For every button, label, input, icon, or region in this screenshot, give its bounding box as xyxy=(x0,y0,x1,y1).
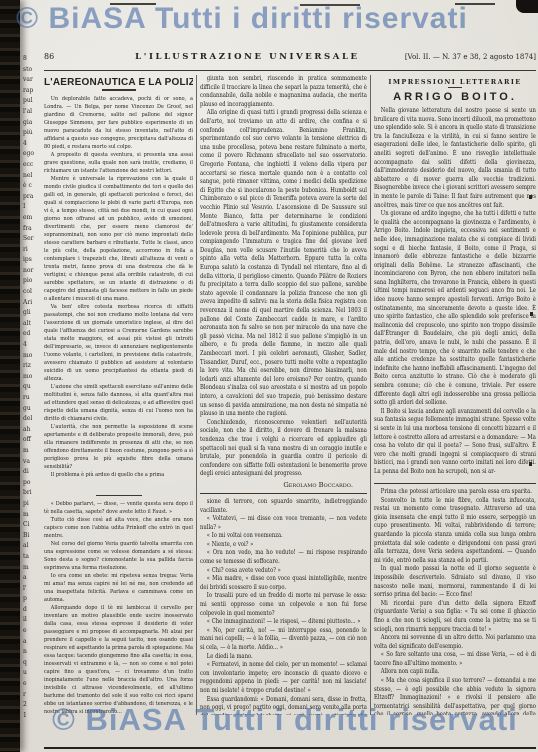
text-fragment: ru xyxy=(23,393,41,404)
feuilleton-paragraph: « Niente, e voi? » xyxy=(200,541,367,550)
text-fragment: più xyxy=(23,128,41,139)
feuilleton-paragraph: Essa guardandomi: « Domani, domani sera,… xyxy=(200,696,367,715)
text-fragment: ta xyxy=(23,552,41,563)
text-fragment: Ari xyxy=(23,298,41,309)
feuilleton-paragraph: In qual modo passai la notte ed il giorn… xyxy=(374,565,536,599)
article-aereonautica-col1: Un deplorabile fatto accadeva, pochi dì … xyxy=(44,95,193,491)
text-fragment: l' xyxy=(23,584,41,595)
article-paragraph: Un deplorabile fatto accadeva, pochi dì … xyxy=(44,95,193,151)
text-fragment: e xyxy=(23,626,41,637)
adjacent-page-text-fragments: 8stovarrappull'algiapiù4egoeccnelè cpraI… xyxy=(23,54,41,746)
text-fragment: gu xyxy=(23,404,41,415)
text-fragment: col xyxy=(23,287,41,298)
page-content: 86 L'ILLUSTRAZIONE UNIVERSALE [Vol. II. … xyxy=(44,52,536,715)
feuilleton-paragraph: « Io mi voltai con veemenza. xyxy=(200,532,367,541)
page-header: 86 L'ILLUSTRAZIONE UNIVERSALE [Vol. II. … xyxy=(44,52,536,67)
page-number: 86 xyxy=(44,52,90,61)
text-fragment: a xyxy=(23,573,41,584)
feuilleton-paragraph: Io trasalii pure ed un freddo di morte m… xyxy=(200,592,367,618)
text-fragment: bri xyxy=(23,488,41,499)
text-fragment: po xyxy=(23,478,41,489)
text-fragment: sto xyxy=(23,65,41,76)
text-fragment: qu xyxy=(23,382,41,393)
text-fragment: mo xyxy=(23,351,41,362)
column-3: IMPRESSIONI LETTERARIE ARRIGO BOITO. Nel… xyxy=(374,75,536,715)
text-fragment: 4 xyxy=(23,340,41,351)
article-paragraph: A proposito di questa sventura, si prese… xyxy=(44,151,193,175)
text-fragment: ri xyxy=(23,245,41,256)
text-fragment: 2 xyxy=(23,700,41,711)
text-fragment: 4 xyxy=(23,139,41,150)
article-paragraph: Alla origine di quasi tutti i grandi pro… xyxy=(200,109,367,418)
article-paragraph: Nella giovane letteratura del nostro pae… xyxy=(374,107,536,210)
article-paragraph: Mentre è universale la riprovazione con … xyxy=(44,175,193,303)
text-fragment: è c xyxy=(23,181,41,192)
scan-artifact-mark xyxy=(110,3,156,5)
text-fragment: r xyxy=(23,690,41,701)
article-paragraph: Conchiudendo, riconosceremo volentieri n… xyxy=(200,419,367,479)
journal-title: L'ILLUSTRAZIONE UNIVERSALE xyxy=(90,52,405,62)
text-fragment: pul xyxy=(23,96,41,107)
feuilleton-paragraph: Allora non capii nulla. xyxy=(374,668,536,677)
watermark-top-text: © BiASA Tutti i diritti riservati xyxy=(16,2,468,35)
feuilleton-paragraph: Prima che potessi articolare una parola … xyxy=(374,488,536,497)
article-paragraph: Va ben' oltre cotesta morbosa ricerca di… xyxy=(44,303,193,383)
article-boito-body: Nella giovane letteratura del nostro pae… xyxy=(374,107,536,479)
text-fragment: pi xyxy=(23,499,41,510)
text-fragment: em xyxy=(23,213,41,224)
text-fragment: alt xyxy=(23,319,41,330)
feuilleton-paragraph: « Ma che cosa significa il suo terrore? … xyxy=(374,677,536,715)
column-2: giunta non sembri, riuscendo in pratica … xyxy=(200,75,367,715)
text-fragment: d xyxy=(23,605,41,616)
article-paragraph: Il Boito si lascia andare agli avanzamen… xyxy=(374,408,536,477)
text-fragment: l'al xyxy=(23,107,41,118)
feuilleton-paragraph: « Ora non vedo, ma ho veduto! — mi rispo… xyxy=(200,549,367,566)
article-signature: Gerolamo Boccardo. xyxy=(200,481,367,489)
column-separator xyxy=(370,75,371,715)
text-fragment: 1 xyxy=(23,711,41,722)
feuilleton-col1: « Debbo parlarvi, — disse, — venite ques… xyxy=(44,500,193,715)
article-paragraph: giunta non sembri, riuscendo in pratica … xyxy=(200,75,367,109)
text-fragment: ego xyxy=(23,149,41,160)
text-fragment: p xyxy=(23,594,41,605)
book-gutter-shadow xyxy=(0,0,20,752)
text-fragment: gli xyxy=(23,308,41,319)
scan-speck xyxy=(529,195,532,199)
text-fragment: ah xyxy=(23,425,41,436)
text-fragment: riz xyxy=(23,361,41,372)
text-fragment: q xyxy=(23,658,41,669)
text-fragment: nor xyxy=(23,266,41,277)
feuilleton-paragraph: « So fare soltanto una cosa, — mi disse … xyxy=(374,651,536,668)
article-paragraph: Il problema è più arduo di quello che a … xyxy=(44,471,193,479)
text-fragment: n xyxy=(23,647,41,658)
feuilleton-paragraph: « No, per carità, no! — mi interruppe es… xyxy=(200,627,367,653)
feuilleton-paragraph: « Fermatevi, in nome del cielo, per un m… xyxy=(200,661,367,695)
text-fragment: Bi xyxy=(23,531,41,542)
feuilleton-paragraph: Le diedi la mano. xyxy=(200,653,367,662)
scan-speck xyxy=(529,462,532,466)
column-1: L'AEREONAUTICA E LA POLIZIA Un deplorabi… xyxy=(44,75,193,715)
column-separator xyxy=(196,75,197,715)
text-fragment: al xyxy=(23,541,41,552)
header-divider xyxy=(44,70,536,71)
feuilleton-paragraph: Sconvolto in tutte le mie fibre, colla t… xyxy=(374,497,536,566)
feuilleton-col2: sione di terrore, con sguardo smarrito, … xyxy=(200,498,367,715)
title-ornament-divider xyxy=(102,89,136,91)
text-fragment: rap xyxy=(23,86,41,97)
text-fragment: m xyxy=(23,510,41,521)
feuilleton-paragraph: « Debbo parlarvi, — disse, — venite ques… xyxy=(44,500,193,516)
section-divider xyxy=(96,495,142,496)
article-paragraph: L'azione che simili spettacoli esercitan… xyxy=(44,383,193,423)
article-paragraph: L'autorità, che non permette la esposizi… xyxy=(44,423,193,471)
text-fragment: u xyxy=(23,668,41,679)
text-fragment: e xyxy=(23,679,41,690)
text-fragment: ed xyxy=(23,329,41,340)
heading-dash-divider xyxy=(448,87,462,88)
article-paragraph: Un giovane ed ardito ingegno, che ha tut… xyxy=(374,210,536,408)
section-divider xyxy=(200,493,367,494)
scan-artifact-mark xyxy=(300,4,360,6)
text-fragment: va xyxy=(23,457,41,468)
scan-speck xyxy=(530,312,533,316)
feuilleton-paragraph: Ancora mi sovvenne di un altro detto. No… xyxy=(374,634,536,651)
feuilleton-paragraph: Tutto ciò disse così ad alta voce, che a… xyxy=(44,516,193,540)
feuilleton-paragraph: « Che immaginazioni! — le risposi, — dit… xyxy=(200,618,367,627)
scan-artifact-corner xyxy=(516,0,538,13)
watermark-top: © BiASA Tutti i diritti riservati xyxy=(16,2,468,36)
columns: L'AEREONAUTICA E LA POLIZIA Un deplorabi… xyxy=(44,75,536,715)
text-fragment: var xyxy=(23,75,41,86)
feuilleton-paragraph: « Mia madre, » disse con voce quasi inin… xyxy=(200,575,367,592)
text-fragment: ecc xyxy=(23,160,41,171)
page-bottom-rule xyxy=(44,747,536,749)
section-divider xyxy=(374,483,536,484)
text-fragment: m xyxy=(23,446,41,457)
text-fragment: pio xyxy=(23,276,41,287)
text-fragment: I xyxy=(23,202,41,213)
text-fragment: off xyxy=(23,435,41,446)
text-fragment: del xyxy=(23,414,41,425)
text-fragment: gia xyxy=(23,118,41,129)
article-title-boito: ARRIGO BOITO. xyxy=(374,91,536,103)
text-fragment: mo xyxy=(23,372,41,383)
newspaper-page: 8stovarrappull'algiapiù4egoeccnelè cpraI… xyxy=(0,0,538,752)
text-fragment: il xyxy=(23,615,41,626)
issue-info: [Vol. II. — N. 37 e 38, 2 agosto 1874] xyxy=(405,53,536,61)
text-fragment: di xyxy=(23,467,41,478)
feuilleton-paragraph: « Chi? cosa avete veduto? » xyxy=(200,567,367,576)
feuilleton-paragraph: sione di terrore, con sguardo smarrito, … xyxy=(200,498,367,515)
text-fragment: fra xyxy=(23,224,41,235)
text-fragment: 8 xyxy=(23,54,41,65)
text-fragment: ips xyxy=(23,255,41,266)
text-fragment: Ser xyxy=(23,234,41,245)
text-fragment: pra xyxy=(23,192,41,203)
feuilleton-paragraph: Allorquando dopo il tè mi lambiccai il c… xyxy=(44,604,193,715)
scan-artifact-mark xyxy=(455,3,495,5)
feuilleton-paragraph: Nel corso del giorno Veria guardò talvol… xyxy=(44,540,193,572)
feuilleton-paragraph: Io era come un ebete: mi ripeteva senza … xyxy=(44,572,193,604)
article-title-aereonautica: L'AEREONAUTICA E LA POLIZIA xyxy=(44,77,193,88)
section-heading-impressioni: IMPRESSIONI LETTERARIE xyxy=(374,78,536,86)
text-fragment: a xyxy=(23,637,41,648)
text-fragment: m xyxy=(23,563,41,574)
text-fragment: nel xyxy=(23,171,41,182)
feuilleton-col3: Prima che potessi articolare una parola … xyxy=(374,488,536,715)
text-fragment: Ci xyxy=(23,520,41,531)
article-aereonautica-col2: giunta non sembri, riuscendo in pratica … xyxy=(200,75,367,479)
feuilleton-paragraph: « Voltatevi, — mi disse con voce tremant… xyxy=(200,515,367,532)
feuilleton-paragraph: Mi ricordai pure d'un detto della signor… xyxy=(374,600,536,634)
